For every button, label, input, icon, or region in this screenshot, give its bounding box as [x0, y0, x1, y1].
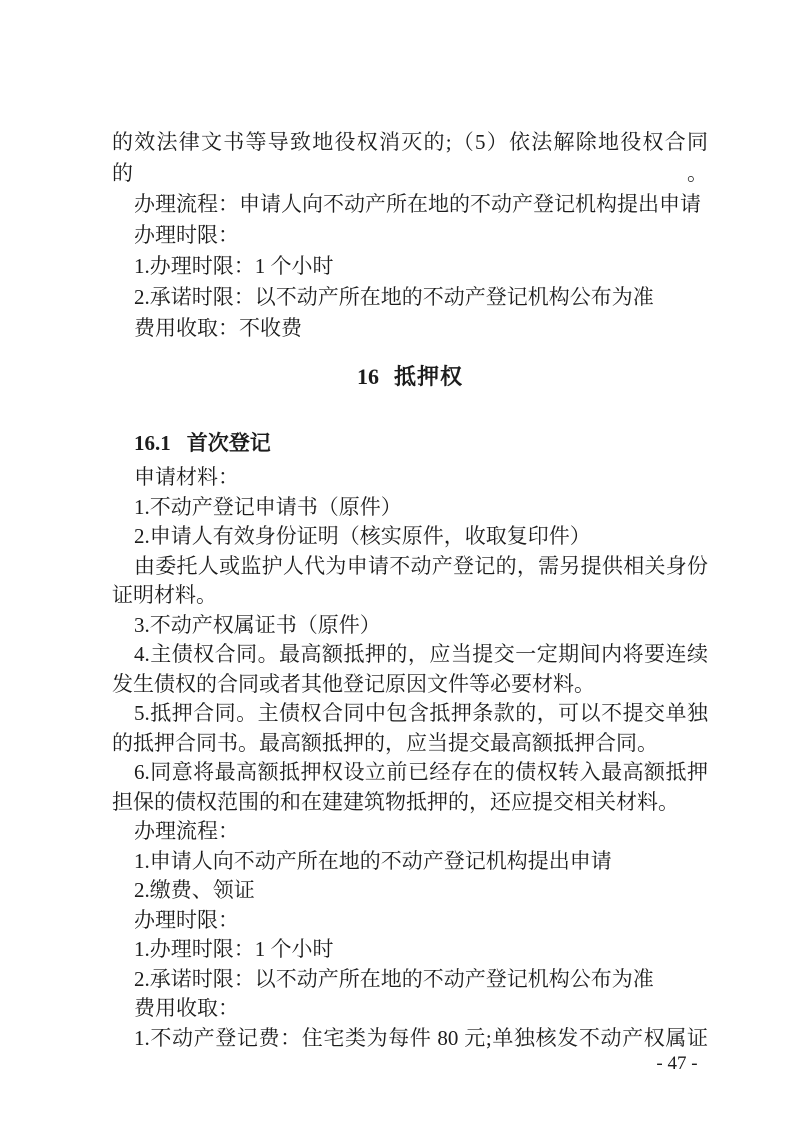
text-line: 费用收取： — [112, 994, 708, 1024]
page-content: 的效法律文书等导致地役权消灭的;（5）依法解除地役权合同的。 办理流程：申请人向… — [112, 127, 708, 1053]
document-page: 的效法律文书等导致地役权消灭的;（5）依法解除地役权合同的。 办理流程：申请人向… — [0, 0, 793, 1122]
text-line: 1.申请人向不动产所在地的不动产登记机构提出申请 — [112, 847, 708, 877]
text-line: 6.同意将最高额抵押权设立前已经存在的债权转入最高额抵押 — [112, 758, 708, 788]
section-title: 首次登记 — [187, 432, 271, 455]
text-line: 5.抵押合同。主债权合同中包含抵押条款的，可以不提交单独 — [112, 699, 708, 729]
text-line: 4.主债权合同。最高额抵押的，应当提交一定期间内将要连续 — [112, 640, 708, 670]
text-line: 2.承诺时限：以不动产所在地的不动产登记机构公布为准 — [112, 282, 708, 313]
chapter-number: 16 — [357, 364, 379, 389]
text-line: 申请材料： — [112, 463, 708, 493]
text-line: 担保的债权范围的和在建建筑物抵押的，还应提交相关材料。 — [112, 788, 708, 818]
text-line: 2.申请人有效身份证明（核实原件，收取复印件） — [112, 522, 708, 552]
section-number: 16.1 — [134, 431, 171, 455]
text-line: 3.不动产权属证书（原件） — [112, 611, 708, 641]
section-heading: 16.1首次登记 — [112, 428, 708, 459]
text-line: 2.缴费、领证 — [112, 876, 708, 906]
text-line: 的效法律文书等导致地役权消灭的;（5）依法解除地役权合同的。 — [112, 127, 708, 189]
text-line: 1.不动产登记费：住宅类为每件 80 元;单独核发不动产权属证 — [112, 1024, 708, 1054]
text-line: 2.承诺时限：以不动产所在地的不动产登记机构公布为准 — [112, 965, 708, 995]
text-line: 办理流程：申请人向不动产所在地的不动产登记机构提出申请 — [112, 189, 708, 220]
text-line: 发生债权的合同或者其他登记原因文件等必要材料。 — [112, 670, 708, 700]
text-line: 办理流程： — [112, 817, 708, 847]
text-line: 1.不动产登记申请书（原件） — [112, 493, 708, 523]
text-line: 由委托人或监护人代为申请不动产登记的，需另提供相关身份 — [112, 552, 708, 582]
text-line: 1.办理时限：1 个小时 — [112, 251, 708, 282]
text-line: 费用收取：不收费 — [112, 313, 708, 344]
text-line: 的抵押合同书。最高额抵押的，应当提交最高额抵押合同。 — [112, 729, 708, 759]
chapter-heading: 16抵押权 — [112, 360, 708, 394]
chapter-title: 抵押权 — [394, 364, 463, 389]
text-line: 1.办理时限：1 个小时 — [112, 935, 708, 965]
text-line: 证明材料。 — [112, 581, 708, 611]
page-number: - 47 - — [617, 1053, 737, 1075]
text-line: 办理时限： — [112, 220, 708, 251]
text-line: 办理时限： — [112, 906, 708, 936]
